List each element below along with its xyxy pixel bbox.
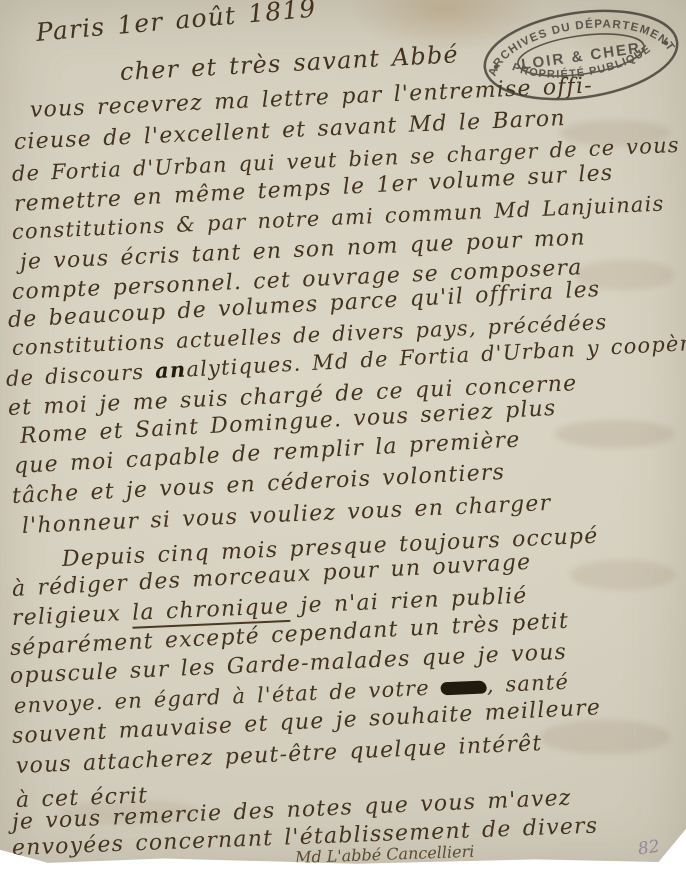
author-annotation: Grégoire [428, 864, 478, 876]
ink-showthrough-smudge [570, 560, 675, 590]
ink-showthrough-smudge [540, 720, 670, 754]
line-text: religieux [11, 601, 132, 631]
dateline: Paris 1er août 1819 [35, 0, 318, 47]
ink-blotted-word: an [154, 357, 187, 384]
archive-stamp: ARCHIVES DU DÉPARTEMENT LOIR & CHER PROP… [474, 0, 686, 120]
ink-blot [440, 680, 487, 695]
letter-paper: Paris 1er août 1819 cher et très savant … [0, 0, 686, 876]
line-text: , santé [486, 670, 569, 698]
archive-stamp-graphic: ARCHIVES DU DÉPARTEMENT LOIR & CHER PROP… [474, 0, 686, 120]
ink-showthrough-smudge [555, 420, 675, 448]
letter-scan-page: Paris 1er août 1819 cher et très savant … [0, 0, 686, 876]
salutation-line: cher et très savant Abbé [119, 40, 459, 86]
page-number: 82 [637, 837, 661, 860]
line-text: de discours [5, 359, 155, 391]
